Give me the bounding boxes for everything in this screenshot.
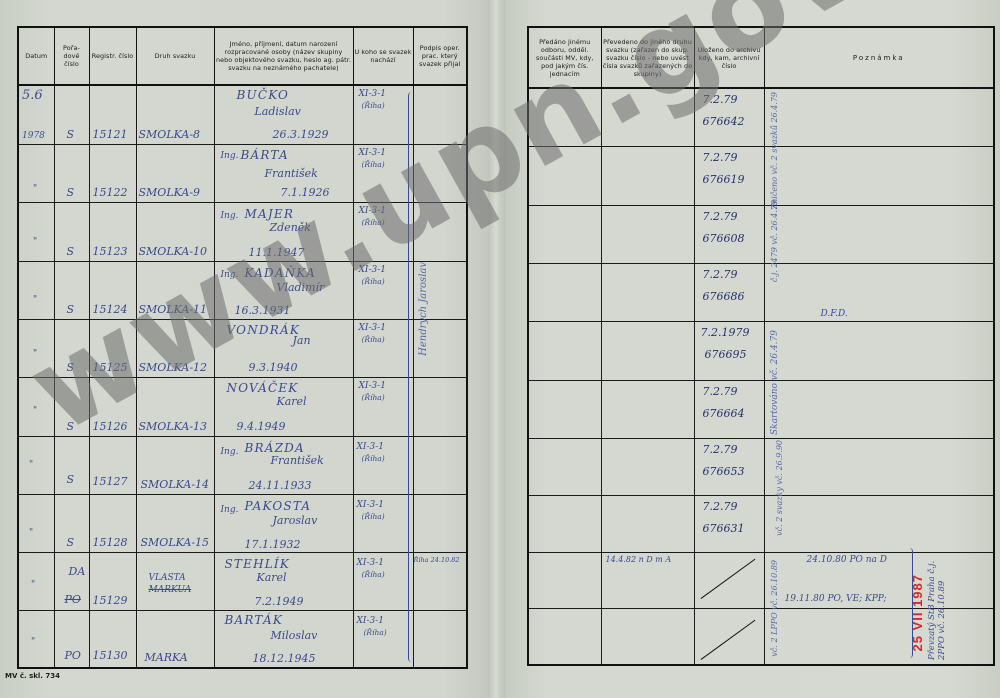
cell-registr: 15121 <box>89 85 136 144</box>
cell-archiv: 7.2.79676686 <box>694 263 764 321</box>
date-stamp: 25 VII 1987 <box>910 574 925 652</box>
cell-predano <box>528 496 601 552</box>
cell-registr: 15129 <box>89 552 136 610</box>
cell-registr: 15127 <box>89 436 136 494</box>
cell-predano <box>528 380 601 438</box>
cell-datum: " <box>18 319 54 377</box>
cell-druh: SMOLKA-14 <box>136 436 214 494</box>
cell-datum: " <box>18 261 54 319</box>
cell-predano <box>528 263 601 321</box>
table-row: " S 15122 SMOLKA-9 Ing.BÁRTAFrantišek7.1… <box>18 144 467 202</box>
cell-archiv: 7.2.79676664 <box>694 380 764 438</box>
header-poznamka: Poznámka <box>764 27 994 88</box>
cell-prevedeno <box>601 380 694 438</box>
right-ledger-table: Předáno jinému odboru, odděl. součásti M… <box>527 26 995 666</box>
cell-poznamka <box>764 496 994 552</box>
vertical-note: č.j. 2479 vč. 26.4.79 <box>770 200 779 282</box>
cell-poradove: S <box>54 144 89 202</box>
cell-datum: " <box>18 552 54 610</box>
cell-predano <box>528 552 601 608</box>
vertical-note: Zničeno vč. 2 svazků 26.4.79 <box>770 92 779 209</box>
cell-prevedeno <box>601 322 694 380</box>
header-ulozeno: Uloženo do archivu kdy, kam, archivní čí… <box>694 27 764 88</box>
left-ledger-table: Datum Pořa-dové číslo Registr. číslo Dru… <box>17 26 468 669</box>
table-row: 7.2.79676686 D.F.D. <box>528 263 994 321</box>
cell-prevedeno <box>601 609 694 665</box>
cell-u-koho: XI-3-1(Říha) <box>353 144 413 202</box>
cell-podpis <box>413 610 467 668</box>
table-row: " S 15127 SMOLKA-14 Ing.BRÁZDAFrantišek2… <box>18 436 467 494</box>
cell-druh: VLASTAMARKUA <box>136 552 214 610</box>
cell-poradove: S <box>54 377 89 436</box>
table-row: 7.2.79676642 <box>528 88 994 146</box>
cell-datum: " <box>18 494 54 552</box>
form-code: MV č. skl. 734 <box>5 672 60 680</box>
cell-u-koho: XI-3-1(Říha) <box>353 610 413 668</box>
stamp-handwritten-note: Převzatý StB Praha č.j. 2PPO vč. 26.10.8… <box>927 540 951 660</box>
cell-u-koho: XI-3-1(Říha) <box>353 319 413 377</box>
cell-druh: SMOLKA-9 <box>136 144 214 202</box>
cell-predano <box>528 147 601 205</box>
cell-poznamka <box>764 88 994 146</box>
table-row: 7.2.79676631 <box>528 496 994 552</box>
cell-druh: SMOLKA-8 <box>136 85 214 144</box>
cell-poradove: S <box>54 85 89 144</box>
cell-druh: SMOLKA-10 <box>136 202 214 261</box>
cell-prevedeno <box>601 496 694 552</box>
cell-registr: 15122 <box>89 144 136 202</box>
cell-archiv: 7.2.79676619 <box>694 147 764 205</box>
cell-u-koho: XI-3-1(Říha) <box>353 377 413 436</box>
book-spine <box>488 0 508 698</box>
table-row: " DAPO 15129 VLASTAMARKUA STEHLÍKKarel7.… <box>18 552 467 610</box>
cell-u-koho: XI-3-1(Říha) <box>353 85 413 144</box>
table-row: 5.61978 S 15121 SMOLKA-8 BUČKOLadislav26… <box>18 85 467 144</box>
table-row: 7.2.79676608 <box>528 205 994 263</box>
cell-datum: " <box>18 436 54 494</box>
cell-archiv: 7.2.1979676695 <box>694 322 764 380</box>
cell-poznamka <box>764 609 994 665</box>
cell-prevedeno <box>601 147 694 205</box>
cell-podpis <box>413 202 467 261</box>
cell-jmeno: NOVÁČEKKarel9.4.1949 <box>214 377 353 436</box>
cell-jmeno: Ing.BÁRTAFrantišek7.1.1926 <box>214 144 353 202</box>
cell-datum: " <box>18 610 54 668</box>
cell-poradove: S <box>54 261 89 319</box>
cell-poznamka <box>764 322 994 380</box>
header-datum: Datum <box>18 27 54 85</box>
cell-poznamka <box>764 205 994 263</box>
cell-u-koho: XI-3-1(Říha) <box>353 261 413 319</box>
cell-poznamka: 24.10.80 PO na D19.11.80 PO, VE; KPP; <box>764 552 994 608</box>
cell-prevedeno <box>601 439 694 496</box>
cell-registr: 15124 <box>89 261 136 319</box>
cell-druh: MARKA <box>136 610 214 668</box>
cell-predano <box>528 439 601 496</box>
vertical-note: vč. 2 svazky vč. 26.9.90 <box>775 440 784 536</box>
vertical-note: Skartováno vč. 26.4.79 <box>770 330 780 435</box>
table-row: " S 15126 SMOLKA-13 NOVÁČEKKarel9.4.1949… <box>18 377 467 436</box>
cell-poradove: PO <box>54 610 89 668</box>
left-header-row: Datum Pořa-dové číslo Registr. číslo Dru… <box>18 27 467 85</box>
cell-podpis <box>413 144 467 202</box>
cell-poradove: S <box>54 202 89 261</box>
cell-druh: SMOLKA-12 <box>136 319 214 377</box>
cell-podpis: Říha 24.10.82 <box>413 552 467 610</box>
bracket-mark <box>408 92 415 662</box>
cell-datum: " <box>18 144 54 202</box>
cell-u-koho: XI-3-1(Říha) <box>353 202 413 261</box>
cell-registr: 15130 <box>89 610 136 668</box>
cell-archiv: 7.2.79676631 <box>694 496 764 552</box>
table-row: " S 15125 SMOLKA-12 VONDRÁKJan9.3.1940 X… <box>18 319 467 377</box>
cell-poradove: S <box>54 436 89 494</box>
table-row: " S 15128 SMOLKA-15 Ing.PAKOSTAJaroslav1… <box>18 494 467 552</box>
cell-prevedeno <box>601 205 694 263</box>
cell-registr: 15125 <box>89 319 136 377</box>
cell-poznamka <box>764 380 994 438</box>
cell-datum: " <box>18 202 54 261</box>
right-header-row: Předáno jinému odboru, odděl. součásti M… <box>528 27 994 88</box>
header-druh-svazku: Druh svazku <box>136 27 214 85</box>
cell-datum: " <box>18 377 54 436</box>
cell-registr: 15123 <box>89 202 136 261</box>
cell-jmeno: BUČKOLadislav26.3.1929 <box>214 85 353 144</box>
cell-registr: 15128 <box>89 494 136 552</box>
table-row: 7.2.1979676695 <box>528 322 994 380</box>
header-podpis: Podpis oper. prac. který svazek přijal <box>413 27 467 85</box>
cell-podpis <box>413 436 467 494</box>
table-row: " S 15123 SMOLKA-10 Ing.MAJERZdeněk11.1.… <box>18 202 467 261</box>
cell-poznamka <box>764 439 994 496</box>
header-u-koho: U koho se svazek nachází <box>353 27 413 85</box>
cell-druh: SMOLKA-15 <box>136 494 214 552</box>
vertical-note: vč. 2 LPPO vč. 26.10.89 <box>770 560 779 657</box>
cell-archiv: 7.2.79676608 <box>694 205 764 263</box>
cell-poradove: S <box>54 494 89 552</box>
cell-prevedeno: 14.4.82 n D m A <box>601 552 694 608</box>
cell-u-koho: XI-3-1(Říha) <box>353 494 413 552</box>
cell-u-koho: XI-3-1(Říha) <box>353 436 413 494</box>
cell-jmeno: Ing.MAJERZdeněk11.1.1947 <box>214 202 353 261</box>
cell-u-koho: XI-3-1(Říha) <box>353 552 413 610</box>
header-predano: Předáno jinému odboru, odděl. součásti M… <box>528 27 601 88</box>
cell-datum: 5.61978 <box>18 85 54 144</box>
cell-predano <box>528 609 601 665</box>
cell-predano <box>528 322 601 380</box>
cell-jmeno: STEHLÍKKarel7.2.1949 <box>214 552 353 610</box>
table-row: 7.2.79676619 <box>528 147 994 205</box>
cell-druh: SMOLKA-13 <box>136 377 214 436</box>
cell-poznamka: D.F.D. <box>764 263 994 321</box>
cell-podpis <box>413 377 467 436</box>
cell-prevedeno <box>601 263 694 321</box>
cell-prevedeno <box>601 88 694 146</box>
cell-predano <box>528 88 601 146</box>
cell-podpis <box>413 494 467 552</box>
cell-jmeno: BARTÁKMiloslav18.12.1945 <box>214 610 353 668</box>
header-jmeno: Jméno, příjmení, datum narození rozpraco… <box>214 27 353 85</box>
cell-predano <box>528 205 601 263</box>
cell-jmeno: Ing.PAKOSTAJaroslav17.1.1932 <box>214 494 353 552</box>
podpis-vertical-note: Hendrych Jaroslav <box>418 262 429 356</box>
cell-registr: 15126 <box>89 377 136 436</box>
cell-poradove: S <box>54 319 89 377</box>
cell-druh: SMOLKA-11 <box>136 261 214 319</box>
header-registr-cislo: Registr. číslo <box>89 27 136 85</box>
cell-archiv: 7.2.79676642 <box>694 88 764 146</box>
table-row: 7.2.79676664 <box>528 380 994 438</box>
cell-jmeno: Ing.KADAŇKAVladimír16.3.1931 <box>214 261 353 319</box>
table-row: " PO 15130 MARKA BARTÁKMiloslav18.12.194… <box>18 610 467 668</box>
cell-podpis <box>413 85 467 144</box>
table-row: 7.2.79676653 <box>528 439 994 496</box>
cell-archiv: 7.2.79676653 <box>694 439 764 496</box>
cell-jmeno: Ing.BRÁZDAFrantišek24.11.1933 <box>214 436 353 494</box>
table-row: " S 15124 SMOLKA-11 Ing.KADAŇKAVladimír1… <box>18 261 467 319</box>
cell-jmeno: VONDRÁKJan9.3.1940 <box>214 319 353 377</box>
header-poradove-cislo: Pořa-dové číslo <box>54 27 89 85</box>
cell-poznamka <box>764 147 994 205</box>
cell-poradove: DAPO <box>54 552 89 610</box>
header-prevedeno: Převedeno do jiného druhu svazku (zařaze… <box>601 27 694 88</box>
